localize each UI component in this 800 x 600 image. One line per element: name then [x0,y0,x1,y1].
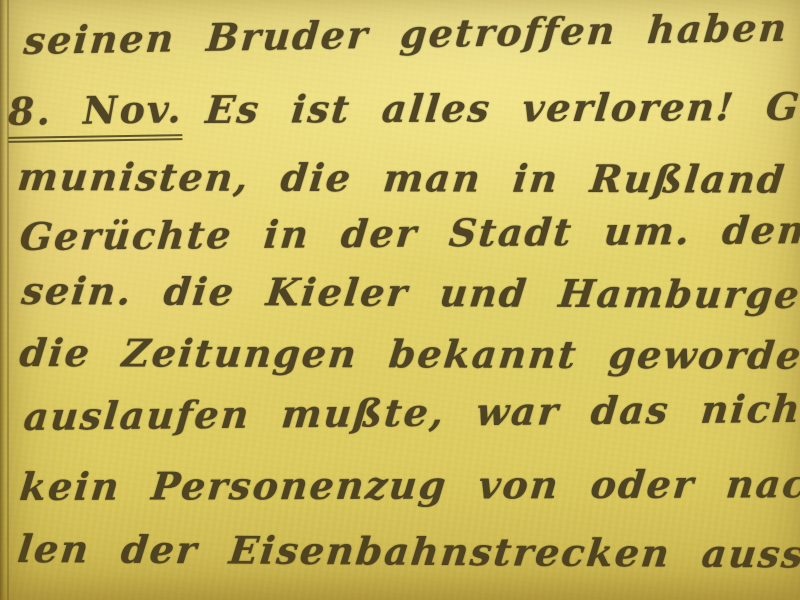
page-left-edge-shadow [0,0,5,600]
handwritten-line: seinen Bruder getroffen haben hi [24,3,800,63]
handwritten-line: Gerüchte in der Stadt um. demnach soll [20,205,800,259]
handwritten-line: munisten, die man in Rußland B [18,154,800,202]
handwritten-line: len der Eisenbahnstrecken aussieht! [18,526,800,577]
handwritten-line: 8. Nov.Es ist alles verloren! Gest [8,83,800,142]
handwritten-text: sein. die Kieler und Hamburger V [20,268,800,317]
handwritten-line: sein. die Kieler und Hamburger V [22,268,800,318]
handwritten-text: munisten, die man in Rußland B [16,154,800,202]
handwritten-text: seinen Bruder getroffen haben hi [22,3,800,63]
handwritten-text: auslaufen mußte, war das nicht a [22,385,800,439]
handwritten-text: die Zeitungen bekannt geworden. der [18,330,800,378]
handwritten-text: Gerüchte in der Stadt um. demnach soll [18,205,800,259]
date-heading: 8. Nov. [8,86,183,143]
diary-page-photo: seinen Bruder getroffen haben hi 8. Nov.… [0,0,800,600]
handwritten-text: kein Personenzug von oder nach Ber [18,461,800,509]
handwritten-line: die Zeitungen bekannt geworden. der [20,330,800,378]
handwritten-text: len der Eisenbahnstrecken aussieht! [15,526,800,577]
handwritten-line: auslaufen mußte, war das nicht a [24,385,800,439]
handwritten-line: kein Personenzug von oder nach Ber [20,461,800,509]
handwritten-text: Es ist alles verloren! Gest [204,83,800,132]
